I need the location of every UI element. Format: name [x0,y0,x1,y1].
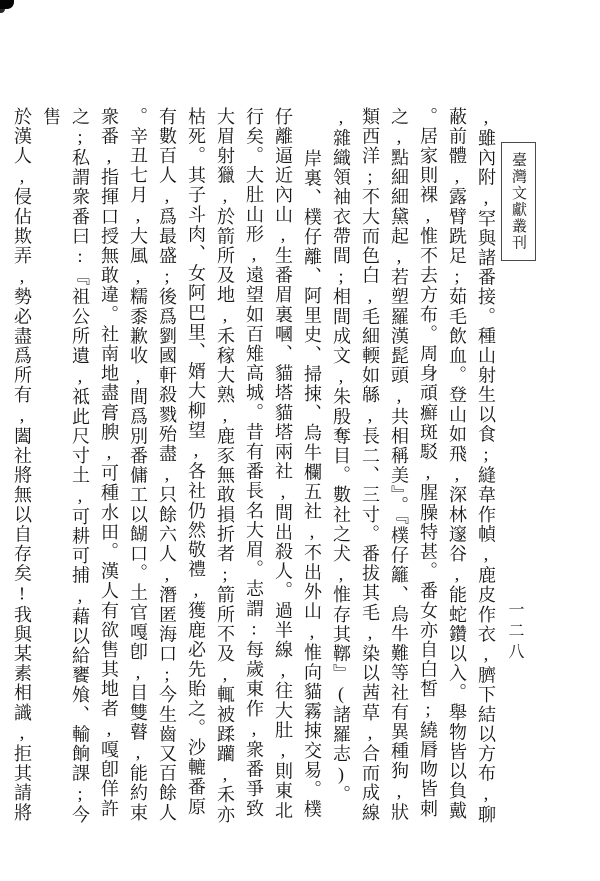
scan-ink-artifact [0,0,14,9]
text-column: 行矣。大肚山形,遠望如百雉高城。昔有番長名大眉。志謂:每歲東作,衆番爭致 [239,107,268,839]
text-column: 。辛丑七月,大風,糯黍歉收,間爲別番傭工以餬口。土官嘎卽,目雙瞽,能約束 [123,107,152,839]
text-column: 有數百人,爲最盛;後爲劉國軒殺戮殆盡,只餘六人,潛匿海口;今生齒又百餘人 [152,107,181,839]
text-column: 之;私謂衆番曰:『祖公所遺,祗此尺寸土,可耕可捕,藉以給饔飧、輸餉課;今售 [36,107,94,839]
text-column: 大眉射獵,於箭所及地,禾稼大熟,鹿豕無敢損折者;箭所不及,輒被蹂躪,禾亦 [210,107,239,839]
text-column: 仔離逼近內山,生番眉裏嘓、貓塔貓塔兩社,間出殺人。過半線,往大肚,則東北 [268,107,297,839]
page-number: 一二八 [503,601,526,664]
scan-ink-artifact-small [0,9,5,13]
book-page-scan: 臺灣文獻叢刊 一二八 ,雖內附,罕與諸番接。種山射生以食;縫韋作幀,鹿皮作衣,臍… [0,0,600,881]
text-column: 之,點細細黛起,若塑羅漢髭頭,共相稱美』。『樸仔籬、烏牛難等社有異種狗,狀 [384,107,413,839]
text-column: 於漢人,侵佔欺弄,勢必盡爲所有,闔社將無以自存矣!我與某素相識,拒其請將 [7,107,36,839]
text-column: 枯死。其子斗肉、女阿巴里、婿大柳望,各社仍然敬禮,獲鹿必先貽之。沙轆番原 [181,107,210,839]
series-title: 臺灣文獻叢刊 [510,152,526,251]
text-column-paragraph-start: 岸裏、樸仔離、阿里史、掃捒、烏牛欄五社,不出外山,惟向貓霧捒交易。樸 [297,107,326,839]
text-column: 類西洋;不大而色白,毛細輭如緜,長二、三寸。番拔其毛,染以茜草,合而成線 [355,107,384,839]
text-column: 衆番,指揮口授無敢違。社南地盡膏腴,可種水田。漢人有欲售其地者,嘎卽佯許 [94,107,123,839]
text-column: ,雖內附,罕與諸番接。種山射生以食;縫韋作幀,鹿皮作衣,臍下結以方布,聊 [471,107,500,839]
series-title-box: 臺灣文獻叢刊 [501,142,536,261]
main-text-block: ,雖內附,罕與諸番接。種山射生以食;縫韋作幀,鹿皮作衣,臍下結以方布,聊 蔽前體… [7,107,500,839]
text-column: 。居家則裸,惟不去方布。周身頑癬斑駁,腥臊特甚。番女亦自白皙;繞脣吻皆刺 [413,107,442,839]
text-column: 蔽前體,露臂跣足;茹毛飲血。登山如飛,深林邃谷,能蛇鑽以入。舉物皆以負戴 [442,107,471,839]
text-column: ,雜織領袖衣帶間;相間成文,朱殷奪目。數社之犬,惟存其鞹』(諸羅志)。 [326,107,355,839]
